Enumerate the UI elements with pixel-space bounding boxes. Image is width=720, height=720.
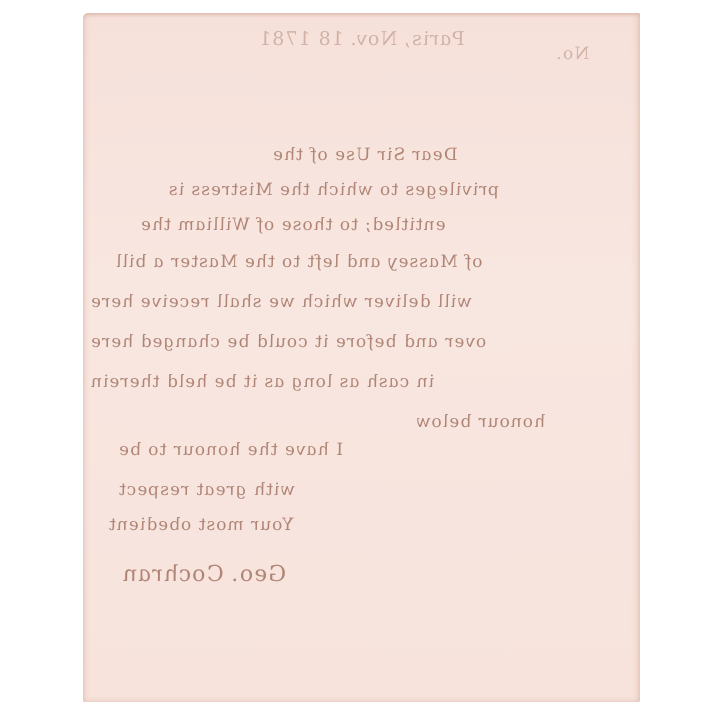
body-line: honour below <box>413 412 547 432</box>
date-line: Paris, Nov. 18 1781 <box>256 28 467 50</box>
signature: Geo. Cochran <box>119 562 288 587</box>
body-line: Dear Sir Use of the <box>270 145 460 165</box>
closing-line: Your most obedient <box>106 515 295 535</box>
closing-line: with great respect <box>116 480 297 500</box>
body-line: of Massey and left to the Master a bill <box>113 252 485 272</box>
body-line: entitled; to those of William the <box>138 215 448 235</box>
body-line: over and before it could be changed here <box>88 332 489 352</box>
letter-paper <box>83 13 640 702</box>
corner-mark: No. <box>554 44 591 64</box>
body-line: privileges to which the Mistress is <box>166 180 501 200</box>
closing-line: I have the honour to be <box>116 440 345 460</box>
body-line: in cash as long as it be held therein <box>88 372 436 392</box>
body-line: will deliver which we shall receive here <box>88 292 474 312</box>
